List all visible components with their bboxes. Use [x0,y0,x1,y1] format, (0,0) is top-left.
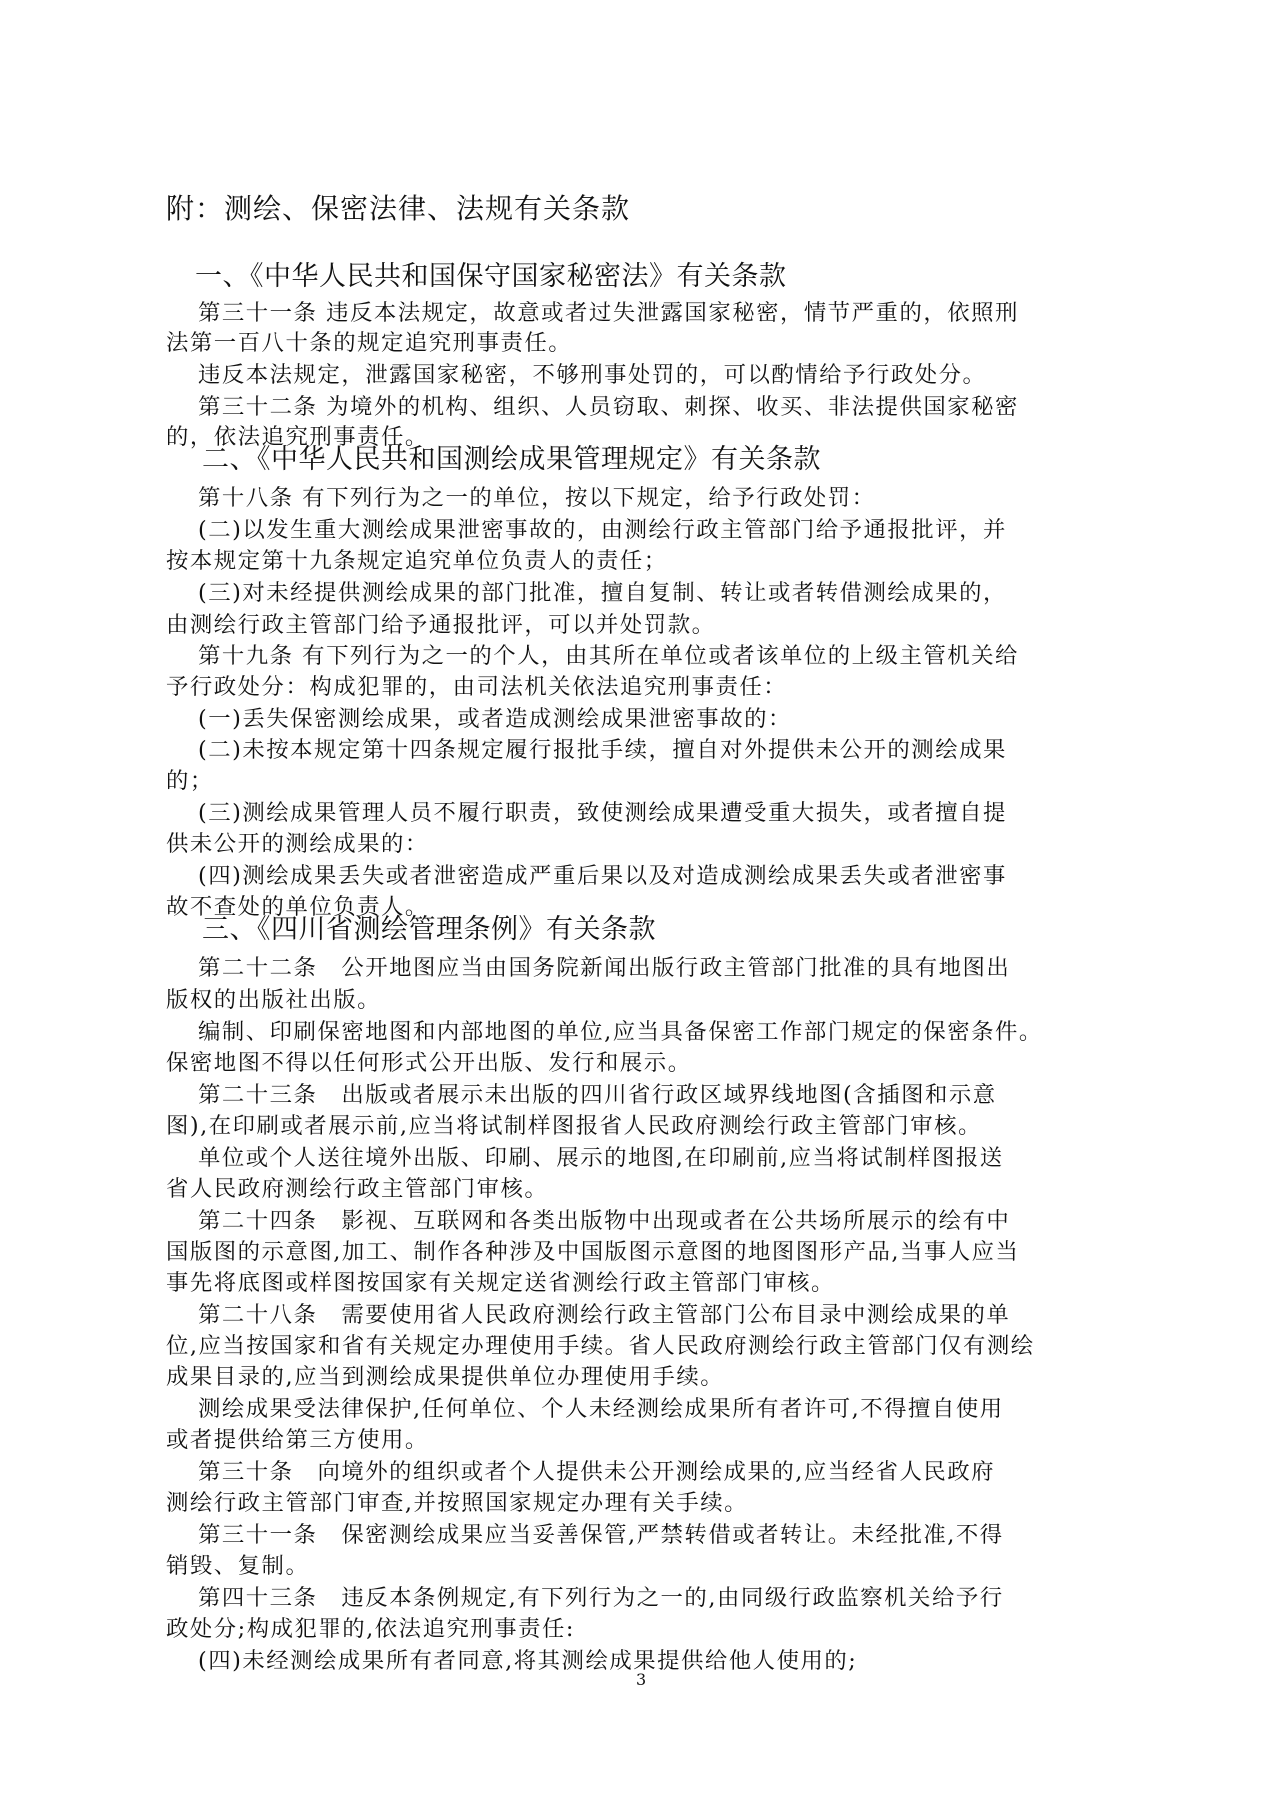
paragraph-line: 第三十条 向境外的组织或者个人提供未公开测绘成果的,应当经省人民政府 [198,1457,1146,1487]
paragraph-line: 版权的出版社出版。 [166,985,1114,1015]
paragraph-line: 第二十八条 需要使用省人民政府测绘行政主管部门公布目录中测绘成果的单 [198,1300,1146,1330]
page-number: 3 [636,1670,646,1689]
paragraph-line: 测绘行政主管部门审查,并按照国家规定办理有关手续。 [166,1488,1114,1518]
paragraph-line: 第二十四条 影视、互联网和各类出版物中出现或者在公共场所展示的绘有中 [198,1206,1146,1236]
paragraph-line: 图),在印刷或者展示前,应当将试制样图报省人民政府测绘行政主管部门审核。 [166,1111,1114,1141]
paragraph-line: 予行政处分：构成犯罪的，由司法机关依法追究刑事责任： [166,672,1114,702]
paragraph-line: 第四十三条 违反本条例规定,有下列行为之一的,由同级行政监察机关给予行 [198,1583,1146,1613]
paragraph-line: 按本规定第十九条规定追究单位负责人的责任； [166,546,1114,576]
paragraph-line: 测绘成果受法律保护,任何单位、个人未经测绘成果所有者许可,不得擅自使用 [198,1394,1146,1424]
paragraph-line: (二)未按本规定第十四条规定履行报批手续，擅自对外提供未公开的测绘成果 [198,735,1146,765]
paragraph-line: 违反本法规定，泄露国家秘密，不够刑事处罚的，可以酌情给予行政处分。 [198,360,1146,390]
paragraph-line: 或者提供给第三方使用。 [166,1425,1114,1455]
paragraph-line: 供未公开的测绘成果的： [166,829,1114,859]
paragraph-line: 销毁、复制。 [166,1551,1114,1581]
paragraph-line: 第三十二条 为境外的机构、组织、人员窃取、刺探、收买、非法提供国家秘密 [198,392,1146,422]
paragraph-line: 法第一百八十条的规定追究刑事责任。 [166,328,1114,358]
section-heading: 一、《中华人民共和国保守国家秘密法》有关条款 [195,260,1143,294]
paragraph-line: (三)测绘成果管理人员不履行职责，致使测绘成果遭受重大损失，或者擅自提 [198,798,1146,828]
paragraph-line: (三)对未经提供测绘成果的部门批准，擅自复制、转让或者转借测绘成果的， [198,578,1146,608]
paragraph-line: 省人民政府测绘行政主管部门审核。 [166,1174,1114,1204]
paragraph-line: 第二十二条 公开地图应当由国务院新闻出版行政主管部门批准的具有地图出 [198,953,1146,983]
document-page: 附：测绘、保密法律、法规有关条款 一、《中华人民共和国保守国家秘密法》有关条款第… [0,0,1280,1810]
paragraph-line: (四)测绘成果丢失或者泄密造成严重后果以及对造成测绘成果丢失或者泄密事 [198,861,1146,891]
paragraph-line: 位,应当按国家和省有关规定办理使用手续。省人民政府测绘行政主管部门仅有测绘 [166,1331,1114,1361]
paragraph-line: 编制、印刷保密地图和内部地图的单位,应当具备保密工作部门规定的保密条件。 [198,1017,1146,1047]
paragraph-line: 事先将底图或样图按国家有关规定送省测绘行政主管部门审核。 [166,1268,1114,1298]
paragraph-line: (四)未经测绘成果所有者同意,将其测绘成果提供给他人使用的; [198,1646,1146,1676]
paragraph-line: 第十九条 有下列行为之一的个人，由其所在单位或者该单位的上级主管机关给 [198,641,1146,671]
paragraph-line: 第三十一条 保密测绘成果应当妥善保管,严禁转借或者转让。未经批准,不得 [198,1520,1146,1550]
paragraph-line: 第二十三条 出版或者展示未出版的四川省行政区域界线地图(含插图和示意 [198,1080,1146,1110]
paragraph-line: 单位或个人送往境外出版、印刷、展示的地图,在印刷前,应当将试制样图报送 [198,1143,1146,1173]
appendix-title: 附：测绘、保密法律、法规有关条款 [166,187,630,227]
paragraph-line: 的； [166,766,1114,796]
paragraph-line: 保密地图不得以任何形式公开出版、发行和展示。 [166,1048,1114,1078]
paragraph-line: (一)丢失保密测绘成果，或者造成测绘成果泄密事故的： [198,704,1146,734]
paragraph-line: 第十八条 有下列行为之一的单位，按以下规定，给予行政处罚： [198,483,1146,513]
paragraph-line: 国版图的示意图,加工、制作各种涉及中国版图示意图的地图图形产品,当事人应当 [166,1237,1114,1267]
paragraph-line: 由测绘行政主管部门给予通报批评，可以并处罚款。 [166,610,1114,640]
section-heading: 二、《中华人民共和国测绘成果管理规定》有关条款 [202,443,1150,477]
paragraph-line: 成果目录的,应当到测绘成果提供单位办理使用手续。 [166,1362,1114,1392]
paragraph-line: 第三十一条 违反本法规定，故意或者过失泄露国家秘密，情节严重的，依照刑 [198,298,1146,328]
section-heading: 三、《四川省测绘管理条例》有关条款 [202,913,1150,947]
paragraph-line: (二)以发生重大测绘成果泄密事故的，由测绘行政主管部门给予通报批评，并 [198,515,1146,545]
paragraph-line: 政处分;构成犯罪的,依法追究刑事责任: [166,1614,1114,1644]
